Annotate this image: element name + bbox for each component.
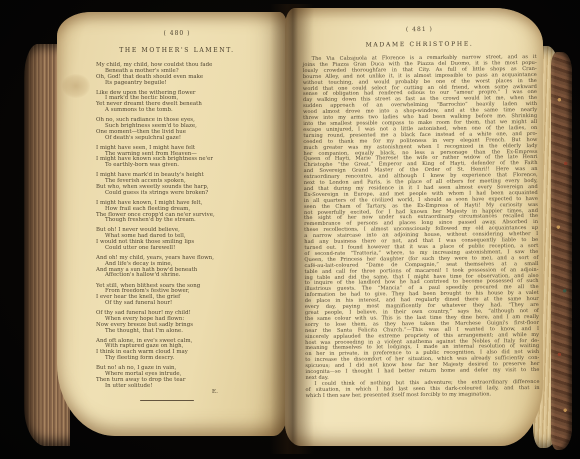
marbled-cover-edge — [551, 52, 572, 450]
poem-stanza: But oh! I never would believe,What some … — [96, 228, 270, 251]
poem-line: Of death's sepulchral gaze! — [96, 136, 270, 142]
poem-line: Thy fleeting form descry. — [96, 356, 270, 362]
poem-line: To earthly-born was given. — [96, 163, 270, 169]
poem: My child, my child, how couldst thou fad… — [96, 63, 270, 390]
poem-line: Could utter one farewell! — [96, 246, 270, 252]
poem-stanza: I might have seen, I might have feltThe … — [96, 146, 270, 169]
poem-signature: E. — [84, 389, 218, 395]
prose-paragraph: I could think of nothing but this advent… — [305, 380, 539, 400]
poem-stanza: And oft alone, in eve's sweet calm,With … — [96, 339, 270, 362]
prose-paragraph: The Via Calzajuola at Florence is a rema… — [303, 55, 540, 382]
poem-stanza: Yet still, when blithest soars the songF… — [96, 284, 270, 307]
poem-title: THE MOTHER'S LAMENT. — [84, 47, 270, 54]
poem-line: Though freshen'd by the stream. — [96, 218, 270, 224]
poem-stanza: I might have known, I might have felt,Ho… — [96, 201, 270, 224]
poem-line: Of thy sad funeral hour! — [96, 301, 270, 307]
poem-stanza: Oh no, such radiance in those eyes,Such … — [96, 118, 270, 141]
poem-line: A summons to the tomb. — [96, 108, 270, 114]
poem-line: The thought, that I'm alone. — [96, 329, 270, 335]
prose: The Via Calzajuola at Florence is a rema… — [303, 55, 540, 400]
poem-line: Affection's hallow'd shrine. — [96, 273, 270, 279]
poem-stanza: Of thy sad funeral hour! my child!When e… — [96, 311, 270, 334]
left-page-content: ( 480 ) THE MOTHER'S LAMENT. My child, m… — [84, 30, 270, 401]
poem-line: Could guess its strings were broken? — [96, 191, 270, 197]
right-page-content: ( 481 ) MADAME CHRISTOPHE. The Via Calza… — [302, 25, 539, 400]
poem-stanza: But no! ah no, I gaze in vain,Where mort… — [96, 366, 270, 389]
poem-stanza: I might have mark'd in beauty's heightTh… — [96, 173, 270, 196]
story-title: MADAME CHRISTOPHE. — [303, 40, 537, 49]
poem-stanza: Like dew upon the withering flowerI mark… — [96, 91, 270, 114]
end-rule — [140, 400, 194, 401]
poem-line: Its pageantry beguile! — [96, 81, 270, 87]
poem-stanza: My child, my child, how couldst thou fad… — [96, 63, 270, 86]
left-page-number: ( 480 ) — [84, 30, 270, 37]
poem-stanza: And oh! my child, years, years have flow… — [96, 256, 270, 279]
open-book-photo: ( 480 ) THE MOTHER'S LAMENT. My child, m… — [0, 0, 580, 459]
right-page-number: ( 481 ) — [302, 25, 536, 34]
